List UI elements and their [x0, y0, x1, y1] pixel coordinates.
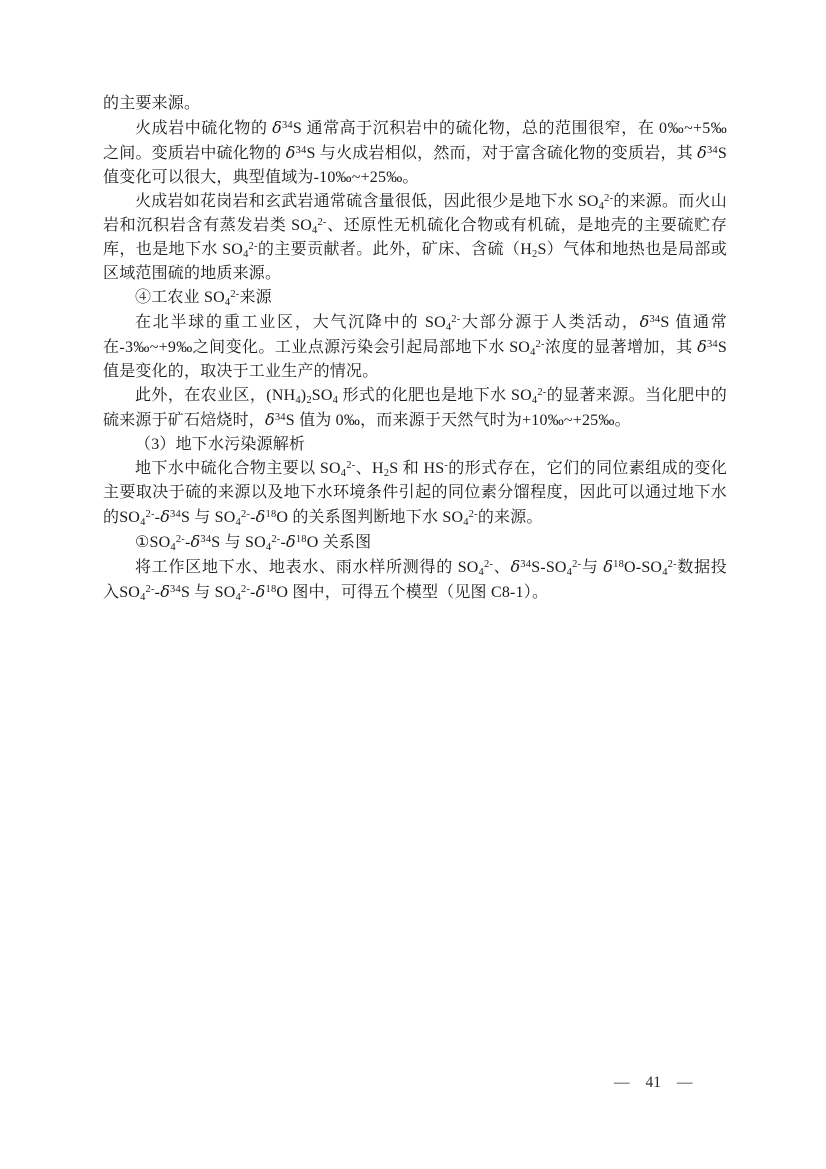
text-run: 2-	[537, 387, 546, 398]
paragraph: 火成岩中硫化物的 δ34S 通常高于沉积岩中的硫化物，总的范围很窄，在 0‰~+…	[103, 116, 727, 190]
text-run: ①SO	[135, 534, 170, 551]
paragraph: 的主要来源。	[103, 92, 727, 116]
text-run: 4	[662, 567, 667, 578]
text-run: 34	[707, 145, 718, 156]
text-run: δ	[160, 582, 170, 601]
text-run: 18	[613, 559, 624, 570]
text-run: S-SO	[531, 559, 566, 576]
text-run: δ	[272, 118, 282, 137]
text-run: 34	[170, 509, 181, 520]
text-run: 2-	[176, 534, 185, 545]
text-run: 与	[581, 559, 603, 576]
text-run: 4	[140, 592, 145, 603]
text-run: 2-	[604, 193, 613, 204]
text-run: S 和 HS	[389, 460, 444, 477]
text-run: 将工作区地下水、地表水、雨水样所测得的 SO	[135, 559, 479, 576]
text-run: 大部分源于人类活动，	[460, 314, 639, 331]
text-run: 2-	[249, 241, 258, 252]
text-run: δ	[265, 410, 275, 429]
text-run: O-SO	[624, 559, 662, 576]
text-run: 2-	[536, 339, 545, 350]
text-run: S 值为 0‰，而来源于天然气时为+10‰~+25‰。	[286, 412, 631, 429]
text-run: 34	[649, 314, 660, 325]
text-run: δ	[697, 143, 707, 162]
text-run: -	[444, 460, 448, 471]
text-run: 、H	[355, 460, 383, 477]
paragraph: ④工农业 SO42-来源	[103, 286, 727, 310]
document-page: 的主要来源。火成岩中硫化物的 δ34S 通常高于沉积岩中的硫化物，总的范围很窄，…	[0, 0, 826, 1169]
text-run: δ	[603, 557, 613, 576]
text-run: S 与 SO	[211, 534, 266, 551]
footer-dash-left: —	[614, 1074, 630, 1092]
paragraph: 将工作区地下水、地表水、雨水样所测得的 SO42-、δ34S-SO42-与 δ1…	[103, 555, 727, 605]
text-run: 2-	[469, 509, 478, 520]
text-run: 4	[295, 395, 300, 406]
text-run: 34	[707, 339, 718, 350]
text-run: 2	[384, 468, 389, 479]
text-run: 2-	[484, 559, 493, 570]
text-run: 4	[140, 517, 145, 528]
text-run: O 关系图	[307, 534, 372, 551]
text-run: SO	[312, 387, 333, 404]
text-run: 4	[530, 347, 535, 358]
paragraph: 火成岩如花岗岩和玄武岩通常硫含量很低，因此很少是地下水 SO42-的来源。而火山…	[103, 190, 727, 286]
text-run: 2-	[317, 217, 326, 228]
text-run: 地下水中硫化合物主要以 SO	[135, 460, 341, 477]
text-run: 34	[200, 534, 211, 545]
text-run: 18	[266, 584, 277, 595]
text-run: 、	[493, 559, 510, 576]
text-run: 此外，在农业区，(NH	[135, 387, 295, 404]
text-run: 2-	[346, 460, 355, 471]
text-run: δ	[286, 532, 296, 551]
text-run: ④工农业 SO	[135, 289, 225, 306]
text-run: 在北半球的重工业区，大气沉降中的 SO	[135, 314, 446, 331]
paragraph: （3）地下水污染源解析	[103, 433, 727, 457]
text-run: 18	[296, 534, 307, 545]
text-run: δ	[510, 557, 520, 576]
text-run: 2-	[241, 509, 250, 520]
text-run: 的主要贡献者。此外，矿床、含硫（H	[258, 241, 532, 258]
paragraph: 地下水中硫化合物主要以 SO42-、H2S 和 HS-的形式存在，它们的同位素组…	[103, 457, 727, 530]
text-run: 2	[306, 395, 311, 406]
text-run: 2-	[146, 584, 155, 595]
text-run: 浓度的显著增加，其	[545, 339, 697, 356]
paragraph: 此外，在农业区，(NH4)2SO4 形式的化肥也是地下水 SO42-的显著来源。…	[103, 384, 727, 433]
text-run: 2-	[668, 559, 677, 570]
text-run: 34	[275, 412, 286, 423]
text-run: 34	[170, 584, 181, 595]
text-run: 34	[296, 145, 307, 156]
text-run: 2-	[271, 534, 280, 545]
text-run: 2-	[572, 559, 581, 570]
text-run: S 与火成岩相似，然而，对于富含硫化物的变质岩，其	[306, 145, 697, 162]
text-run: 4	[463, 517, 468, 528]
text-run: 4	[333, 395, 338, 406]
text-run: 的主要来源。	[103, 95, 200, 112]
page-number: 41	[646, 1074, 662, 1092]
text-run: 2	[532, 249, 537, 260]
text-run: 2-	[146, 509, 155, 520]
text-run: δ	[256, 507, 266, 526]
text-run: 34	[282, 120, 293, 131]
text-run: 火成岩中硫化物的	[135, 120, 272, 137]
text-run: δ	[640, 312, 650, 331]
text-run: 4	[243, 249, 248, 260]
footer-dash-right: —	[677, 1074, 693, 1092]
text-run: O 图中，可得五个模型（见图 C8-1）。	[276, 584, 548, 601]
paragraph: 在北半球的重工业区，大气沉降中的 SO42-大部分源于人类活动，δ34S 值通常…	[103, 310, 727, 384]
text-run: 火成岩如花岗岩和玄武岩通常硫含量很低，因此很少是地下水 SO	[135, 193, 599, 210]
text-run: O 的关系图判断地下水 SO	[276, 509, 463, 526]
paragraph: ①SO42--δ34S 与 SO42--δ18O 关系图	[103, 530, 727, 555]
text-run: δ	[160, 507, 170, 526]
document-body: 的主要来源。火成岩中硫化物的 δ34S 通常高于沉积岩中的硫化物，总的范围很窄，…	[103, 92, 727, 605]
text-run: （3）地下水污染源解析	[135, 436, 305, 453]
text-run: S 与 SO	[181, 509, 236, 526]
text-run: 形式的化肥也是地下水 SO	[338, 387, 532, 404]
text-run: 2-	[451, 314, 460, 325]
text-run: δ	[697, 337, 707, 356]
text-run: δ	[286, 143, 296, 162]
page-footer: — 41 —	[614, 1074, 693, 1092]
text-run: 2-	[230, 289, 239, 300]
text-run: 2-	[241, 584, 250, 595]
text-run: 的来源。	[478, 509, 543, 526]
text-run: 来源	[239, 289, 271, 306]
text-run: 18	[266, 509, 277, 520]
text-run: δ	[256, 582, 266, 601]
text-run: 34	[520, 559, 531, 570]
text-run: δ	[191, 532, 201, 551]
text-run: S 与 SO	[181, 584, 236, 601]
